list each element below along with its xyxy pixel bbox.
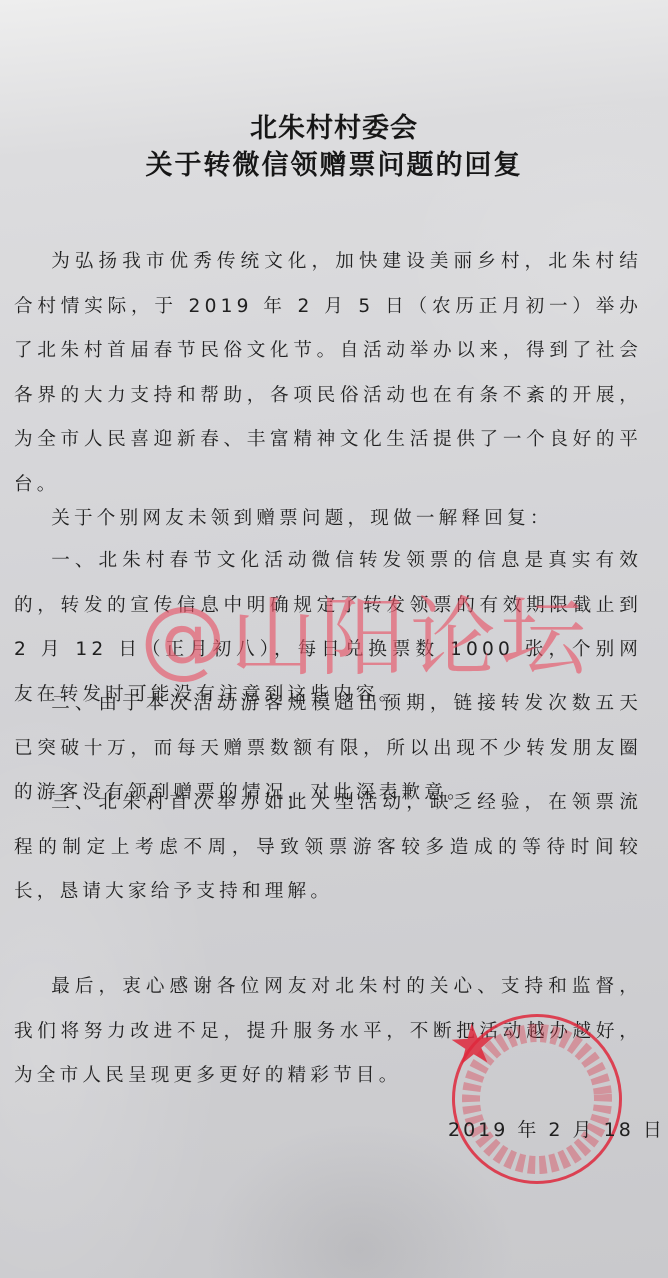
official-seal xyxy=(446,1008,627,1189)
document-title-issuer: 北朱村村委会 xyxy=(0,106,668,145)
document-title-subject: 关于转微信领赠票问题的回复 xyxy=(0,143,668,182)
paragraph-point-3: 三、北朱村首次举办如此大型活动，缺乏经验，在领票流程的制定上考虑不周，导致领票游… xyxy=(14,781,642,915)
paragraph-lead: 关于个别网友未领到赠票问题，现做一解释回复： xyxy=(14,497,642,542)
document-date: 2019 年 2 月 18 日 xyxy=(448,1115,665,1142)
paragraph-intro: 为弘扬我市优秀传统文化，加快建设美丽乡村，北朱村结合村情实际，于 2019 年 … xyxy=(14,240,642,507)
red-star-icon xyxy=(449,1020,496,1067)
